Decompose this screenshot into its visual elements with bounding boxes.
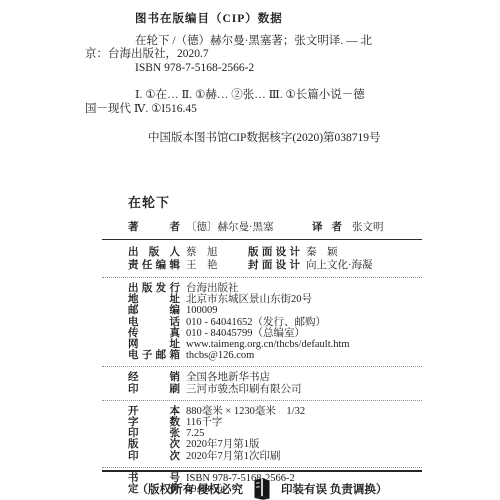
footer: （版权所有 侵权必究 印装有误 负责调换） xyxy=(102,470,422,500)
cip-body-line2: 京：台海出版社，2020.7 xyxy=(85,48,419,62)
divider-solid-bottom xyxy=(102,470,422,472)
copyright-notice: （版权所有 侵权必究 印装有误 负责调换） xyxy=(102,477,422,500)
credits-row: 著者 〔德〕赫尔曼·黑塞 译者 张文明 xyxy=(128,219,422,234)
field-label: 经销 xyxy=(128,372,180,383)
field-label: 版面设计 xyxy=(248,246,300,259)
field-label: 印刷 xyxy=(128,384,180,395)
field-value: 蔡 旭 xyxy=(186,246,248,259)
field-label: 开本 xyxy=(128,406,180,417)
field-label: 印张 xyxy=(128,428,180,439)
cip-record-line: 中国版本图书馆CIP数据核字(2020)第038719号 xyxy=(148,132,419,146)
cip-block: 图书在版编目（CIP）数据 在轮下 /（德）赫尔曼·黑塞著；张文明译. — 北 … xyxy=(85,13,419,146)
field-value: www.taimeng.org.cn/thcbs/default.htm xyxy=(186,339,350,350)
spec-row: 印次 2020年7月第1次印刷 xyxy=(128,451,422,462)
field-value: 010 - 64041652（发行、邮购） xyxy=(186,317,326,328)
field-value: thcbs@126.com xyxy=(186,350,254,361)
field-label: 字数 xyxy=(128,417,180,428)
field-value: 全国各地新华书店 xyxy=(186,372,270,383)
publisher-row: 地址 北京市东城区景山东街20号 xyxy=(128,294,422,305)
book-title: 在轮下 xyxy=(128,192,422,211)
divider-solid-top xyxy=(102,239,422,240)
field-value: 010 - 84045799（总编室） xyxy=(186,328,305,339)
cip-class-line2: 国－现代 Ⅳ. ①I516.45 xyxy=(85,103,419,117)
spec-row: 字数 116千字 xyxy=(128,417,422,428)
divider-dotted xyxy=(102,467,422,468)
cip-class-line1: Ⅰ. ①在… Ⅱ. ①赫… ②张… Ⅲ. ①长篇小说－德 xyxy=(135,89,419,103)
field-label: 电子邮箱 xyxy=(128,350,180,361)
field-value: 台海出版社 xyxy=(186,283,239,294)
field-value: 2020年7月第1次印刷 xyxy=(186,451,281,462)
field-value: 秦 颖 xyxy=(306,246,338,259)
cip-body-line1: 在轮下 /（德）赫尔曼·黑塞著；张文明译. — 北 xyxy=(135,35,419,49)
field-label: 责任编辑 xyxy=(128,259,180,272)
field-value: 三河市骏杰印刷有限公司 xyxy=(186,384,302,395)
staff-group: 出版人 蔡 旭 版面设计 秦 颖 责任编辑 王 艳 封面设计 向上文化·海凝 xyxy=(102,243,422,275)
distribution-row: 经销 全国各地新华书店 xyxy=(128,372,422,383)
field-value: 王 艳 xyxy=(186,259,248,272)
field-value: 116千字 xyxy=(186,417,222,428)
field-label: 邮编 xyxy=(128,305,180,316)
spec-row: 版次 2020年7月第1版 xyxy=(128,439,422,450)
copyright-notice-right: 印装有误 负责调换） xyxy=(281,481,387,497)
distribution-row: 印刷 三河市骏杰印刷有限公司 xyxy=(128,384,422,395)
copyright-page: 图书在版编目（CIP）数据 在轮下 /（德）赫尔曼·黑塞著；张文明译. — 北 … xyxy=(0,0,500,500)
spec-row: 印张 7.25 xyxy=(128,428,422,439)
cip-isbn-line: ISBN 978-7-5168-2566-2 xyxy=(135,62,419,76)
publisher-row: 电话 010 - 64041652（发行、邮购） xyxy=(128,317,422,328)
field-value: 向上文化·海凝 xyxy=(306,259,373,272)
publisher-row: 传真 010 - 84045799（总编室） xyxy=(128,328,422,339)
field-label: 封面设计 xyxy=(248,259,300,272)
spec-group: 开本 880毫米 × 1230毫米 1/32 字数 116千字 印张 7.25 … xyxy=(102,403,422,465)
field-label: 印次 xyxy=(128,451,180,462)
field-label: 版次 xyxy=(128,439,180,450)
publisher-row: 网址 www.taimeng.org.cn/thcbs/default.htm xyxy=(128,339,422,350)
author-value: 〔德〕赫尔曼·黑塞 xyxy=(186,219,312,234)
publisher-book-logo-icon xyxy=(252,477,272,500)
divider-dotted xyxy=(102,366,422,367)
translator-label: 译者 xyxy=(312,219,342,234)
divider-dotted xyxy=(102,400,422,401)
translator-value: 张文明 xyxy=(352,219,384,234)
cip-heading: 图书在版编目（CIP）数据 xyxy=(135,13,419,27)
colophon-block: 在轮下 著者 〔德〕赫尔曼·黑塞 译者 张文明 出版人 蔡 旭 版面设计 秦 颖… xyxy=(102,192,422,498)
copyright-notice-left: （版权所有 侵权必究 xyxy=(137,481,243,497)
staff-row: 责任编辑 王 艳 封面设计 向上文化·海凝 xyxy=(128,259,422,272)
field-label: 电话 xyxy=(128,317,180,328)
author-label: 著者 xyxy=(128,219,180,234)
field-value: 北京市东城区景山东街20号 xyxy=(186,294,312,305)
field-value: 880毫米 × 1230毫米 1/32 xyxy=(186,406,305,417)
publisher-row: 电子邮箱 thcbs@126.com xyxy=(128,350,422,361)
spec-row: 开本 880毫米 × 1230毫米 1/32 xyxy=(128,406,422,417)
staff-row: 出版人 蔡 旭 版面设计 秦 颖 xyxy=(128,246,422,259)
field-value: 100009 xyxy=(186,305,218,316)
field-label: 出版人 xyxy=(128,246,180,259)
distribution-group: 经销 全国各地新华书店 印刷 三河市骏杰印刷有限公司 xyxy=(102,369,422,397)
divider-dotted xyxy=(102,277,422,278)
publisher-row: 出版发行 台海出版社 xyxy=(128,283,422,294)
publisher-row: 邮编 100009 xyxy=(128,305,422,316)
field-label: 地址 xyxy=(128,294,180,305)
field-label: 出版发行 xyxy=(128,283,180,294)
field-value: 7.25 xyxy=(186,428,204,439)
field-label: 传真 xyxy=(128,328,180,339)
field-value: 2020年7月第1版 xyxy=(186,439,260,450)
field-label: 网址 xyxy=(128,339,180,350)
publisher-group: 出版发行 台海出版社 地址 北京市东城区景山东街20号 邮编 100009 电话… xyxy=(102,280,422,364)
